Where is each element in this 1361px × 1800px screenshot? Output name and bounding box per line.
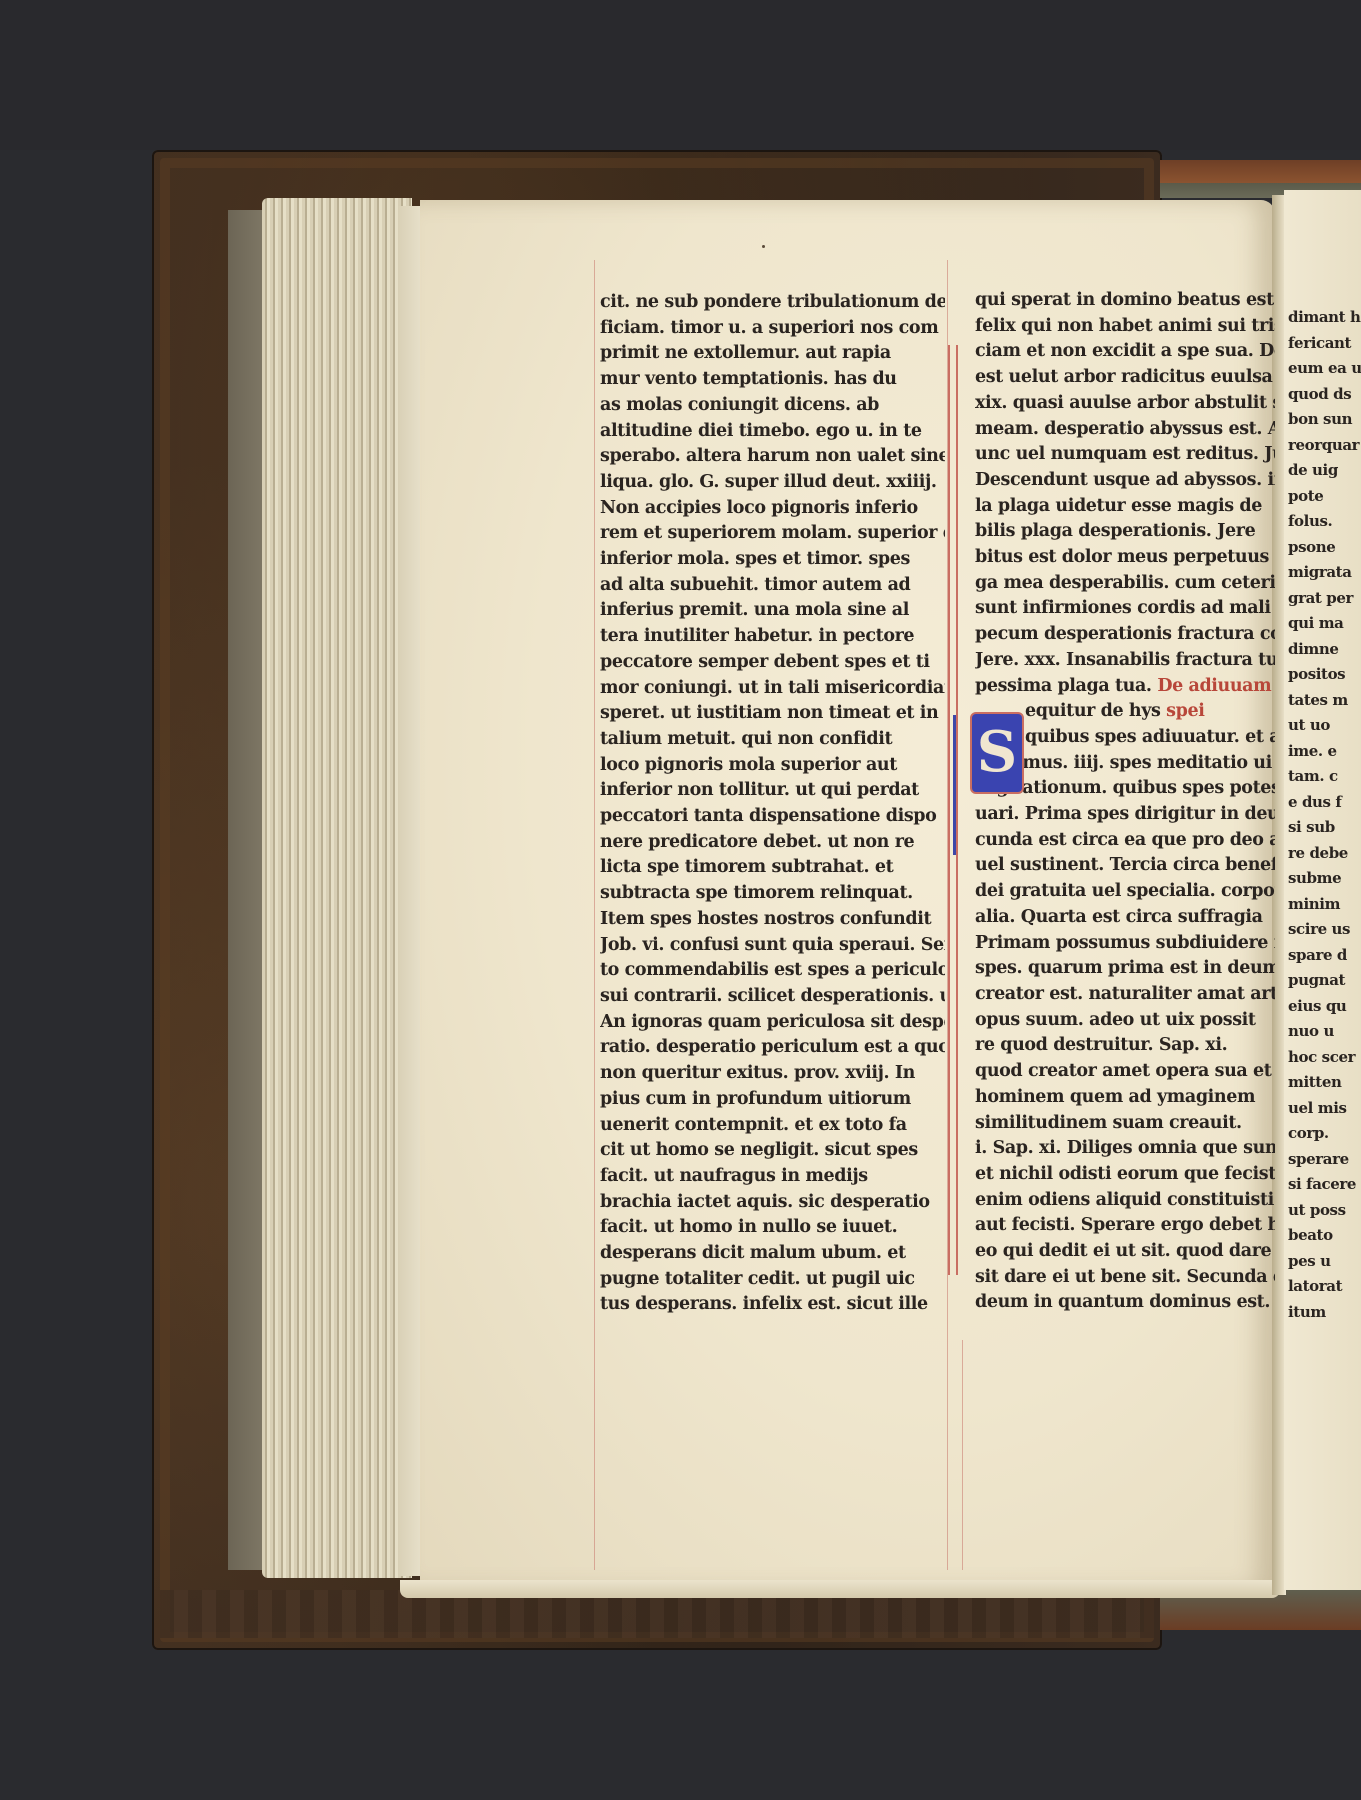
text-line: et nichil odisti eorum que fecisti — [975, 1162, 1275, 1188]
text-line: nere predicatore debet. ut non re — [600, 830, 945, 856]
text-line: altitudine diei timebo. ego u. in te — [600, 419, 945, 445]
text-column-left: cit. ne sub pondere tribulationum de fic… — [600, 290, 945, 1340]
text-line: minim — [1288, 892, 1361, 918]
text-line: tam. c — [1288, 764, 1361, 790]
text-line: peccatore semper debent spes et ti — [600, 650, 945, 676]
text-fragment: pessima plaga tua. — [975, 676, 1152, 696]
text-line: migrata — [1288, 560, 1361, 586]
text-line: cit. ne sub pondere tribulationum de — [600, 290, 945, 316]
text-line: positos — [1288, 662, 1361, 688]
text-line: desperans dicit malum ubum. et — [600, 1241, 945, 1267]
text-line: folus. — [1288, 509, 1361, 535]
text-line: mor coniungi. ut in tali misericordiam — [600, 676, 945, 702]
text-line: sperare — [1288, 1147, 1361, 1173]
text-line: pote — [1288, 484, 1361, 510]
text-line: sperabo. altera harum non ualet sine re — [600, 444, 945, 470]
text-line: mur vento temptationis. has du — [600, 367, 945, 393]
text-line: tates m — [1288, 688, 1361, 714]
text-line: Non accipies loco pignoris inferio — [600, 496, 945, 522]
text-line: dimne — [1288, 637, 1361, 663]
text-line: ut poss — [1288, 1198, 1361, 1224]
text-line: qui ma — [1288, 611, 1361, 637]
text-line: subme — [1288, 866, 1361, 892]
text-fragment: equitur de hys — [1025, 701, 1160, 721]
text-line: ad alta subuehit. timor autem ad — [600, 573, 945, 599]
text-line: deum in quantum dominus est. naturaliter — [975, 1290, 1275, 1316]
text-line: de uig — [1288, 458, 1361, 484]
text-line: licta spe timorem subtrahat. et — [600, 855, 945, 881]
text-line: primit ne extollemur. aut rapia — [600, 341, 945, 367]
text-line: Jere. xxx. Insanabilis fractura tua — [975, 648, 1275, 674]
facing-page-text-column: dimant h fericant eum ea u quod ds bon s… — [1288, 305, 1361, 1335]
text-line: subtracta spe timorem relinquat. — [600, 881, 945, 907]
text-line: Primam possumus subdiuidere in — [975, 931, 1275, 957]
text-line: bon sun — [1288, 407, 1361, 433]
text-line: non queritur exitus. prov. xviij. In — [600, 1061, 945, 1087]
text-line: ratio. desperatio periculum est a quo — [600, 1035, 945, 1061]
text-line: dimant h — [1288, 305, 1361, 331]
text-line: talium metuit. qui non confidit — [600, 727, 945, 753]
text-line: sunt infirmiones cordis ad mali — [975, 596, 1275, 622]
text-line: eius qu — [1288, 994, 1361, 1020]
ruling-line — [594, 260, 595, 1570]
text-line: eum ea u — [1288, 356, 1361, 382]
text-line: peccatori tanta dispensatione dispo — [600, 804, 945, 830]
text-line: liqua. glo. G. super illud deut. xxiiij. — [600, 470, 945, 496]
text-line: eo qui dedit ei ut sit. quod dare — [975, 1239, 1275, 1265]
text-line: pugne totaliter cedit. ut pugil uic — [600, 1267, 945, 1293]
text-line: Item spes hostes nostros confundit — [600, 907, 945, 933]
text-line: hoc scer — [1288, 1045, 1361, 1071]
text-line: est uelut arbor radicitus euulsa — [975, 365, 1275, 391]
text-line: ga mea desperabilis. cum ceteri — [975, 571, 1275, 597]
text-line: uel mis — [1288, 1096, 1361, 1122]
text-line: inferius premit. una mola sine al — [600, 598, 945, 624]
text-line: Descendunt usque ad abyssos. in — [975, 468, 1275, 494]
text-line: facit. ut homo in nullo se iuuet. — [600, 1215, 945, 1241]
text-line: ciam et non excidit a spe sua. Desp — [975, 339, 1275, 365]
text-line: as molas coniungit dicens. ab — [600, 393, 945, 419]
text-line: mitten — [1288, 1070, 1361, 1096]
text-line: Job. vi. confusi sunt quia speraui. Ser — [600, 933, 945, 959]
rubric-heading: spei — [1166, 701, 1204, 721]
text-line: qui sperat in domino beatus est. ecce qu… — [975, 288, 1275, 314]
text-line: spes. quarum prima est in deum — [975, 956, 1275, 982]
text-line: nuo u — [1288, 1019, 1361, 1045]
text-line: quod creator amet opera sua et specialit… — [975, 1059, 1275, 1085]
text-line: cit ut homo se negligit. sicut spes — [600, 1138, 945, 1164]
text-line: re debe — [1288, 841, 1361, 867]
text-line: ime. e — [1288, 739, 1361, 765]
text-line: pecum desperationis fractura cordis — [975, 622, 1275, 648]
text-line: opus suum. adeo ut uix possit — [975, 1008, 1275, 1034]
decorated-initial-s: S — [970, 712, 1024, 794]
text-line: quod ds — [1288, 382, 1361, 408]
text-line: psone — [1288, 535, 1361, 561]
text-line: reorquar — [1288, 433, 1361, 459]
dark-backdrop — [0, 0, 1361, 150]
text-line: latorat — [1288, 1274, 1361, 1300]
text-line: inferior mola. spes et timor. spes — [600, 547, 945, 573]
text-line: sui contrarii. scilicet desperationis. u… — [600, 984, 945, 1010]
text-line: uari. Prima spes dirigitur in deum — [975, 802, 1275, 828]
text-line: enim odiens aliquid constituisti — [975, 1188, 1275, 1214]
text-line: la plaga uidetur esse magis de — [975, 494, 1275, 520]
text-line: pugnat — [1288, 968, 1361, 994]
text-line: xix. quasi auulse arbor abstulit spem — [975, 391, 1275, 417]
text-line: aut fecisti. Sperare ergo debet homo — [975, 1213, 1275, 1239]
text-line: uenerit contempnit. et ex toto fa — [600, 1113, 945, 1139]
text-line: creator est. naturaliter amat artifex — [975, 982, 1275, 1008]
text-line: i. Sap. xi. Diliges omnia que sunt — [975, 1136, 1275, 1162]
text-line: beato — [1288, 1223, 1361, 1249]
text-line: tus desperans. infelix est. sicut ille — [600, 1292, 945, 1318]
pen-mark — [762, 245, 765, 248]
text-line: hominem quem ad ymaginem — [975, 1085, 1275, 1111]
text-line: inferior non tollitur. ut qui perdat — [600, 778, 945, 804]
text-line: to commendabilis est spes a periculo — [600, 958, 945, 984]
text-line: similitudinem suam creauit. — [975, 1111, 1275, 1137]
text-line: scire us — [1288, 917, 1361, 943]
page-fore-edge-stack — [262, 198, 412, 1578]
text-line: e dus f — [1288, 790, 1361, 816]
text-line: bitus est dolor meus perpetuus et — [975, 545, 1275, 571]
text-line: corp. — [1288, 1121, 1361, 1147]
text-line: An ignoras quam periculosa sit despe — [600, 1010, 945, 1036]
text-line: unc uel numquam est reditus. Ju — [975, 442, 1275, 468]
text-line: spare d — [1288, 943, 1361, 969]
text-line: pessima plaga tua. De adiuuam — [975, 674, 1275, 700]
text-line: ut uo — [1288, 713, 1361, 739]
text-column-right: qui sperat in domino beatus est. ecce qu… — [975, 288, 1275, 1338]
text-line: itum — [1288, 1300, 1361, 1326]
text-line: tera inutiliter habetur. in pectore — [600, 624, 945, 650]
text-line: grat per — [1288, 586, 1361, 612]
text-line: re quod destruitur. Sap. xi. — [975, 1033, 1275, 1059]
rubric-heading: De adiuuam — [1157, 676, 1271, 696]
text-line: cunda est circa ea que pro deo agun — [975, 828, 1275, 854]
text-line: fericant — [1288, 331, 1361, 357]
text-line: speret. ut iustitiam non timeat et in — [600, 701, 945, 727]
text-line: felix qui non habet animi sui tristi — [975, 314, 1275, 340]
text-line: bilis plaga desperationis. Jere — [975, 519, 1275, 545]
text-line: pius cum in profundum uitiorum — [600, 1087, 945, 1113]
text-line: rem et superiorem molam. superior et — [600, 521, 945, 547]
text-line: si facere — [1288, 1172, 1361, 1198]
text-line: dei gratuita uel specialia. corporalia u… — [975, 879, 1275, 905]
page-bottom-edge — [400, 1580, 1280, 1598]
ruling-line — [962, 1340, 963, 1570]
blue-pen-flourish-border — [953, 715, 956, 855]
text-line: brachia iactet aquis. sic desperatio — [600, 1190, 945, 1216]
text-line: sit dare ei ut bene sit. Secunda est — [975, 1265, 1275, 1291]
text-line: uel sustinent. Tercia circa beneficia — [975, 853, 1275, 879]
text-line: loco pignoris mola superior aut — [600, 753, 945, 779]
text-line: ficiam. timor u. a superiori nos com — [600, 316, 945, 342]
text-line: pes u — [1288, 1249, 1361, 1275]
text-line: alia. Quarta est circa suffragia — [975, 905, 1275, 931]
text-line: meam. desperatio abyssus est. A — [975, 417, 1275, 443]
text-line: si sub — [1288, 815, 1361, 841]
text-line: facit. ut naufragus in medijs — [600, 1164, 945, 1190]
